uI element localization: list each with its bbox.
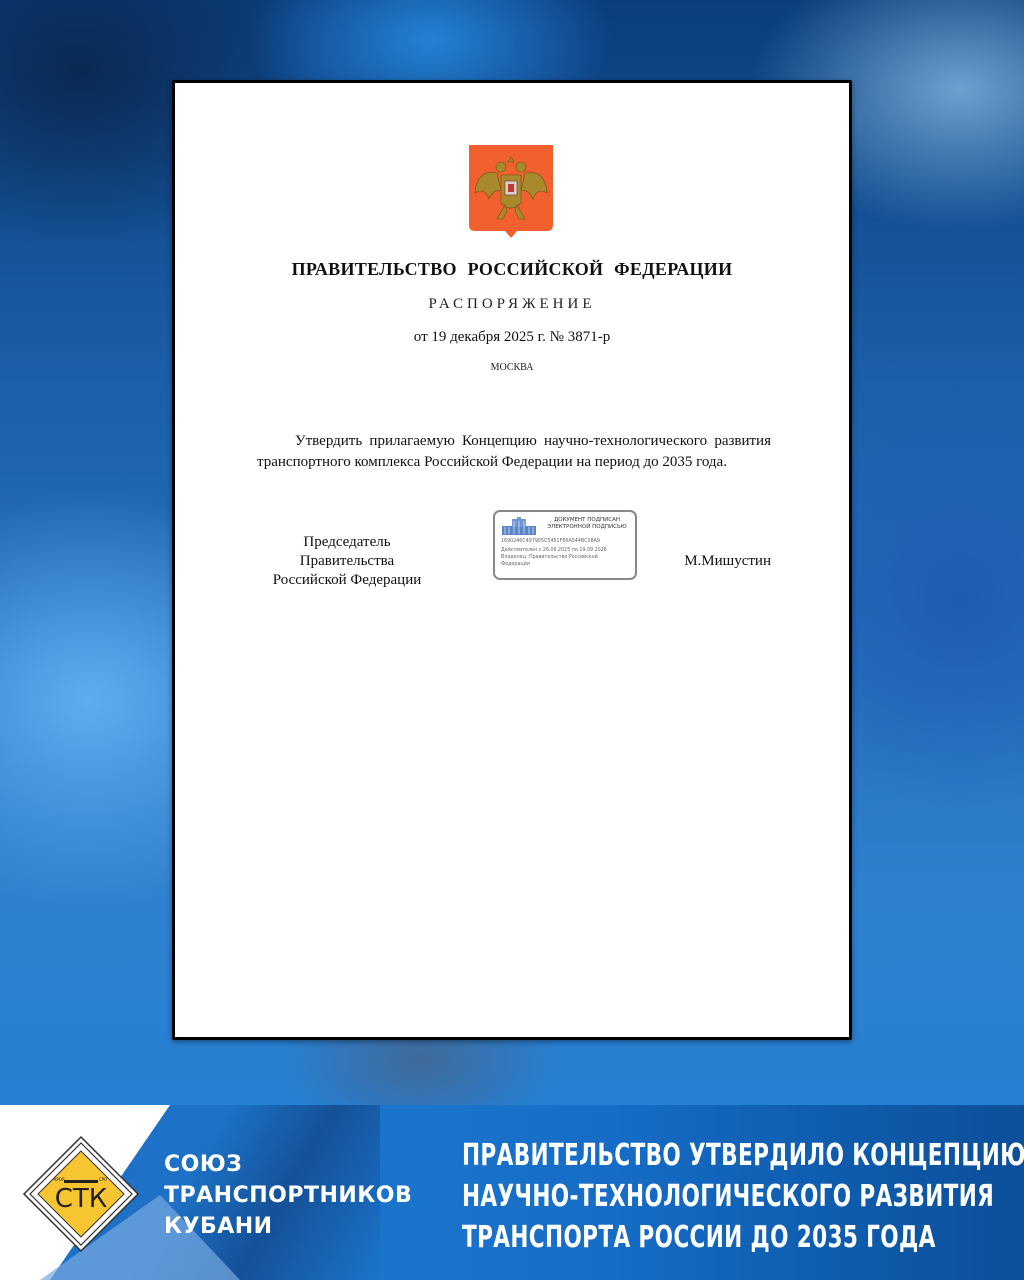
document-page: ПРАВИТЕЛЬСТВО РОССИЙСКОЙ ФЕДЕРАЦИИ РАСПО… [172,80,852,1040]
logo-text: СТК [55,1184,108,1214]
news-headline: ПРАВИТЕЛЬСТВО УТВЕРДИЛО КОНЦЕПЦИЮ НАУЧНО… [462,1135,865,1258]
signatory-title-line2: Российской Федерации [257,571,437,590]
issuer-heading: ПРАВИТЕЛЬСТВО РОССИЙСКОЙ ФЕДЕРАЦИИ [175,259,849,280]
document-body: Утвердить прилагаемую Концепцию научно-т… [257,431,771,473]
svg-text:СРО: СРО [99,1177,107,1182]
government-building-icon [502,517,536,535]
coat-of-arms-icon [467,143,555,239]
stk-logo-icon: СТК АРОР СРО [22,1135,140,1253]
esign-owner-line1: Владелец: Правительство Российской [501,555,598,561]
document-date-number: от 19 декабря 2025 г. № 3871-р [175,329,849,346]
signatory-title: Председатель Правительства Российской Фе… [257,533,437,590]
esign-title: ДОКУМЕНТ ПОДПИСАН ЭЛЕКТРОННОЙ ПОДПИСЬЮ [541,517,633,531]
esign-certificate: 1690246С497905С5451F66А544ВС08А9 [501,539,600,545]
esign-owner-line2: Федерации [501,562,530,568]
organization-name: СОЮЗ ТРАНСПОРТНИКОВ КУБАНИ [164,1149,412,1242]
document-city: МОСКВА [175,362,849,373]
electronic-signature-stamp: ДОКУМЕНТ ПОДПИСАН ЭЛЕКТРОННОЙ ПОДПИСЬЮ 1… [493,510,637,580]
signatory-title-line1: Председатель Правительства [257,533,437,571]
esign-validity: Действителен с 26.06.2025 по 19.09.2026 [501,548,607,554]
footer-banner: СТК АРОР СРО СОЮЗ ТРАНСПОРТНИКОВ КУБАНИ … [0,1105,1024,1280]
svg-text:АРОР: АРОР [54,1177,65,1182]
signatory-name: М.Мишустин [684,553,771,570]
document-type: РАСПОРЯЖЕНИЕ [175,296,849,313]
